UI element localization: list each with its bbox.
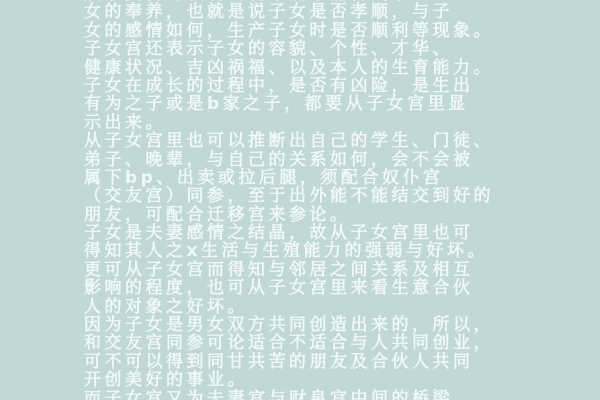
text-line: 子女在成长的过程中，是否有凶险，是生出 <box>84 77 554 95</box>
text-line: 从子女宫里也可以推断出自己的学生、门徒、 <box>84 132 554 150</box>
text-line: 有为之子或是b家之子，都要从子女宫里显 <box>84 95 554 113</box>
text-line: （交友宫）同参，至于出外能不能结交到好的 <box>84 187 554 205</box>
text-line: 朋友，可配合迁移宫来参论。 <box>84 206 554 224</box>
text-line: 因为子女是男女双方共同创造出来的，所以， <box>84 316 554 334</box>
text-line: 更可从子女宫而得知与邻居之间关系及相互 <box>84 261 554 279</box>
text-line: 而子女宫又为夫妻宫与财帛宫中间的桥梁 <box>84 390 554 400</box>
text-line: 女的奉养，也就是说子女是否孝顺，与子 <box>84 3 554 21</box>
screenshot-root: { "colors": { "background": "#c1d8d9", "… <box>0 0 600 400</box>
text-line: 弟子、晚辈，与自己的关系如何，会不会被 <box>84 151 554 169</box>
text-line: 示出来。 <box>84 114 554 132</box>
text-line: 女的感情如何，生产子女时是否顺利等现象。 <box>84 22 554 40</box>
text-line: 开创美好的事业。 <box>84 371 554 389</box>
text-line: 子女宫还表示子女的容貌、个性、才华、 <box>84 40 554 58</box>
text-line: 健康状况、吉凶祸福、以及本人的生育能力。 <box>84 59 554 77</box>
article-text-block: 从子女宫可以看出晚年能不能得到子女的奉养，也就是说子女是否孝顺，与子女的感情如何… <box>84 0 554 400</box>
text-line: 子女是夫妻感情之结晶，故从子女宫里也可 <box>84 224 554 242</box>
text-line: 人的对象之好坏。 <box>84 298 554 316</box>
text-line: 得知其人之x生活与生殖能力的强弱与好坏。 <box>84 242 554 260</box>
text-line: 属下bp、出卖或拉后腿，须配合奴仆宫 <box>84 169 554 187</box>
text-line: 可不可以得到同甘共苦的朋友及合伙人共同 <box>84 353 554 371</box>
article-page: 从子女宫可以看出晚年能不能得到子女的奉养，也就是说子女是否孝顺，与子女的感情如何… <box>0 0 600 400</box>
text-line: 和交友宫同参可论适合不适合与人共同创业， <box>84 334 554 352</box>
text-line: 影响的程度，也可从子女宫里来看生意合伙 <box>84 279 554 297</box>
